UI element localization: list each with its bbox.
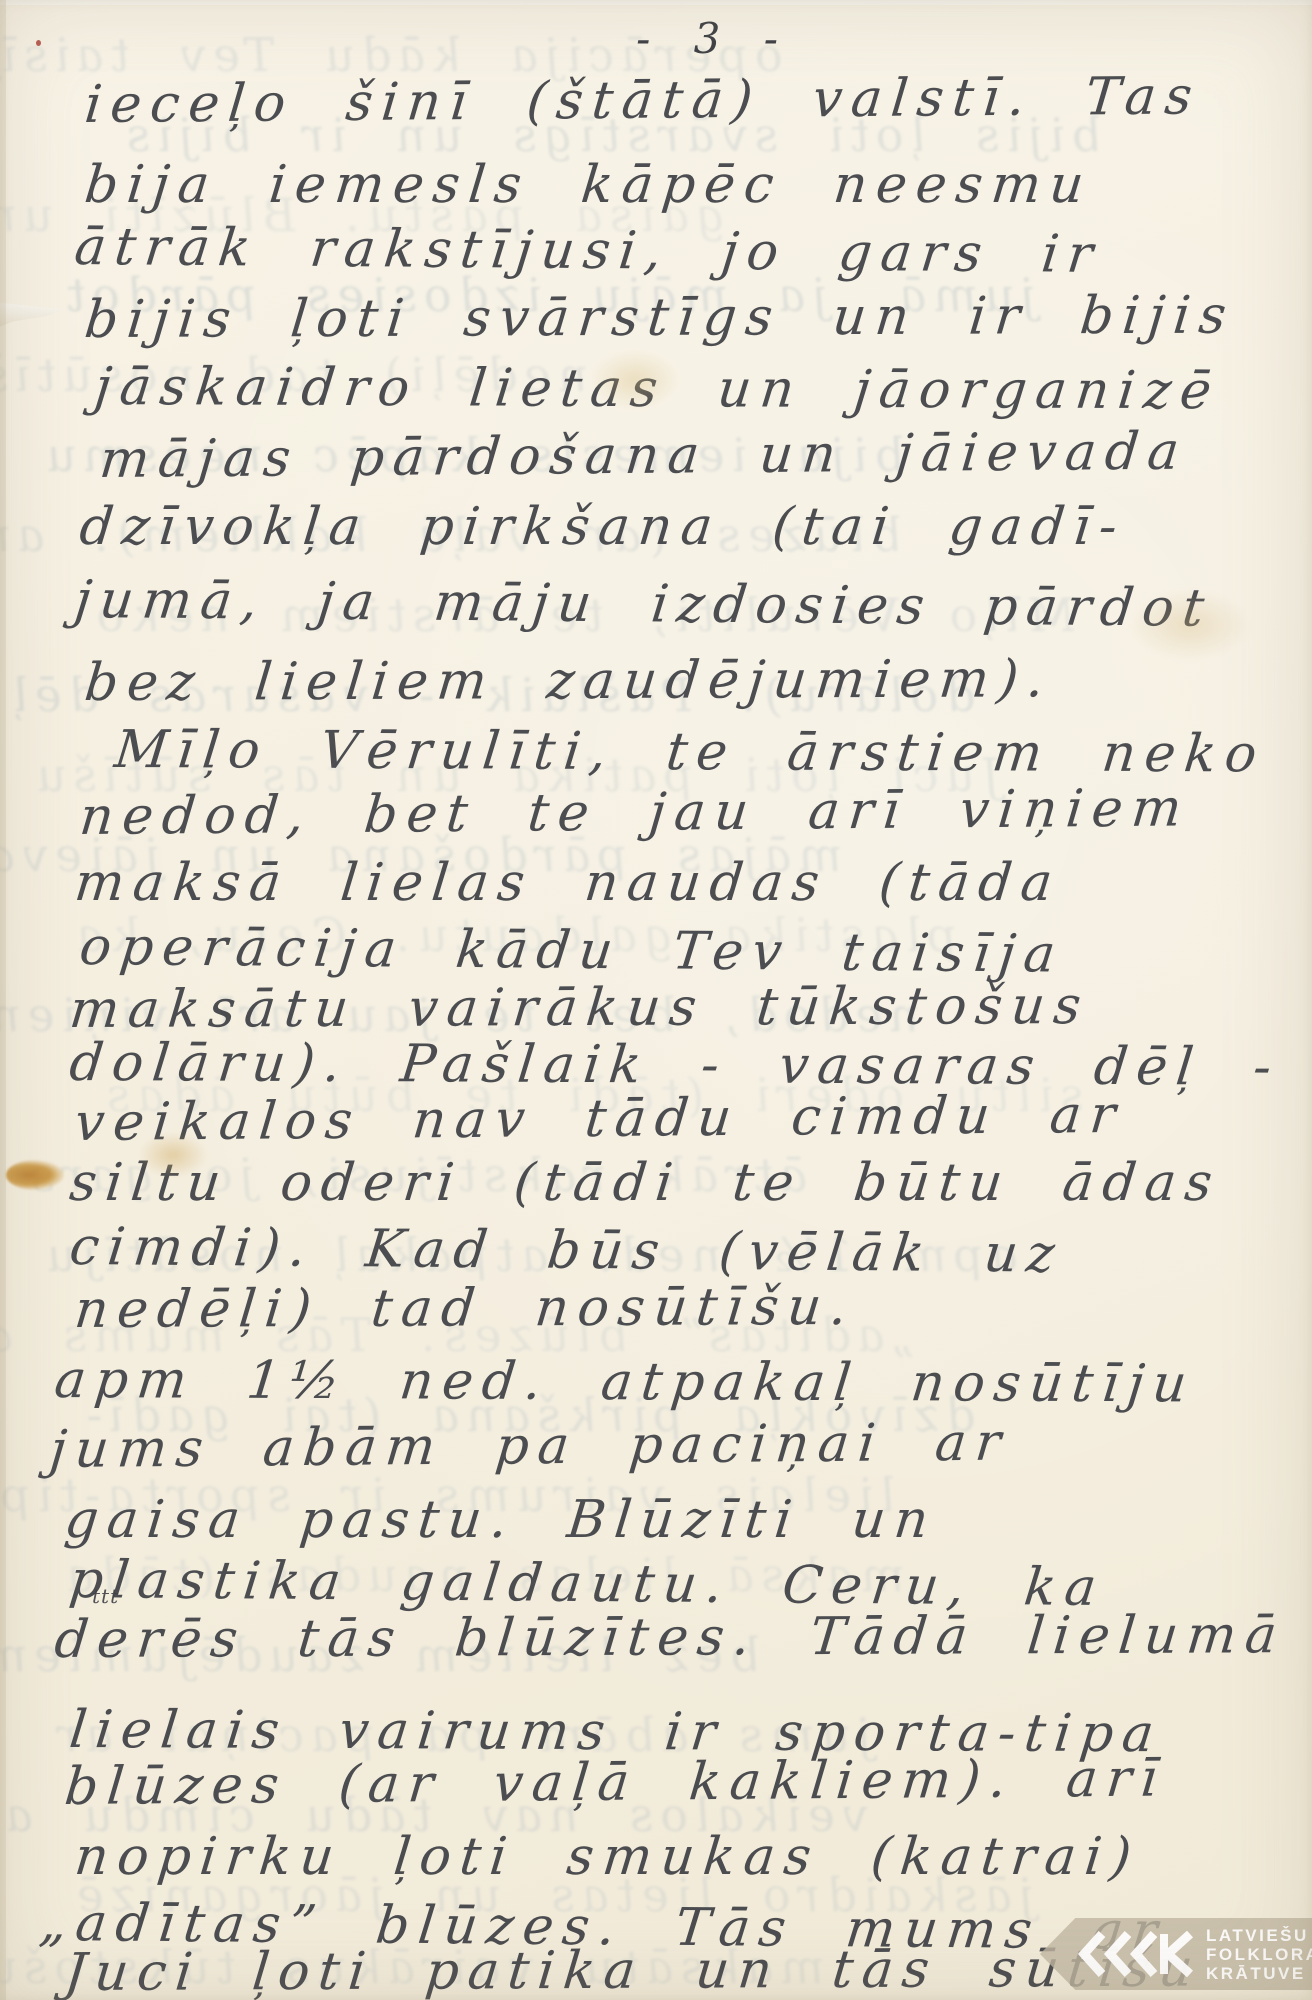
letter-line: operācija kādu Tev taisīja — [77, 917, 1068, 985]
paper-stain — [6, 1160, 64, 1190]
letter-line: bijis ļoti svārstīgs un ir bijis — [82, 286, 1238, 350]
letter-line: nedēļi) tad nosūtīšu. — [72, 1277, 859, 1340]
letter-line: jumā, ja māju izdosies pārdot — [72, 570, 1216, 639]
letter-line: bija iemesls kāpēc neesmu — [82, 155, 1096, 215]
letter-line: derēs tās blūzītes. Tādā lielumā — [52, 1605, 1288, 1670]
letter-line: apm 1½ ned. atpakaļ nosūtīju — [52, 1350, 1199, 1414]
letter-line: nedod, bet te jau arī viņiem — [77, 778, 1193, 847]
letter-line: ieceļo šinī (štātā) valstī. Tas — [82, 66, 1204, 135]
letter-line: bez lieliem zaudējumiem). — [82, 649, 1056, 713]
watermark-text-line: FOLKLORAS — [1206, 1945, 1312, 1964]
letter-line: mājas pārdošana un jāievada — [97, 422, 1191, 490]
letter-line: maksātu vairākus tūkstošus — [67, 976, 1093, 1040]
letter-line: maksā lielas naudas (tāda — [72, 853, 1064, 913]
letter-line: blūzes (ar vaļā kakliem). arī — [62, 1749, 1169, 1817]
archive-watermark: LATVIEŠU FOLKLORAS KRĀTUVE — [1040, 1918, 1312, 1990]
letter-line: dzīvokļa pirkšana (tai gadī- — [77, 497, 1129, 557]
red-ink-speck — [36, 40, 41, 46]
lfk-chevron-logo — [1076, 1931, 1194, 1977]
watermark-text-line: KRĀTUVE — [1206, 1964, 1312, 1983]
page-number: - 3 - — [560, 14, 860, 63]
watermark-text-line: LATVIEŠU — [1206, 1926, 1312, 1945]
letter-line: Mīļo Vērulīti, te ārstiem neko — [112, 720, 1269, 784]
paper-stain — [590, 350, 680, 410]
watermark-org-name: LATVIEŠU FOLKLORAS KRĀTUVE — [1206, 1926, 1312, 1983]
letter-line: Juci ļoti patika un tās sūtīšu — [62, 1939, 1205, 2000]
letter-line: nopirku ļoti smukas (katrai) — [72, 1827, 1143, 1887]
letter-page: operācija kādu Tev taisījabijis ļoti svā… — [0, 0, 1312, 2000]
letter-line: cimdi). Kad būs (vēlāk uz — [67, 1217, 1067, 1285]
letter-line: siltu oderi (tādi te būtu ādas — [67, 1153, 1224, 1213]
paper-stain — [138, 1132, 208, 1178]
letter-body: - 3 - ttt ieceļo šinī (štātā) valstī. Ta… — [0, 0, 1312, 2000]
scan-top-edge — [0, 0, 1312, 5]
paper-stain — [1130, 590, 1250, 660]
letter-line: gaisa pastu. Blūzīti un — [62, 1490, 940, 1550]
letter-line: jums abām pa paciņai ar — [47, 1413, 1012, 1480]
letter-line: veikalos nav tādu cimdu ar — [72, 1085, 1127, 1153]
scan-left-edge — [0, 0, 6, 2000]
letter-line: ātrāk rakstījusi, jo gars ir — [72, 217, 1105, 285]
